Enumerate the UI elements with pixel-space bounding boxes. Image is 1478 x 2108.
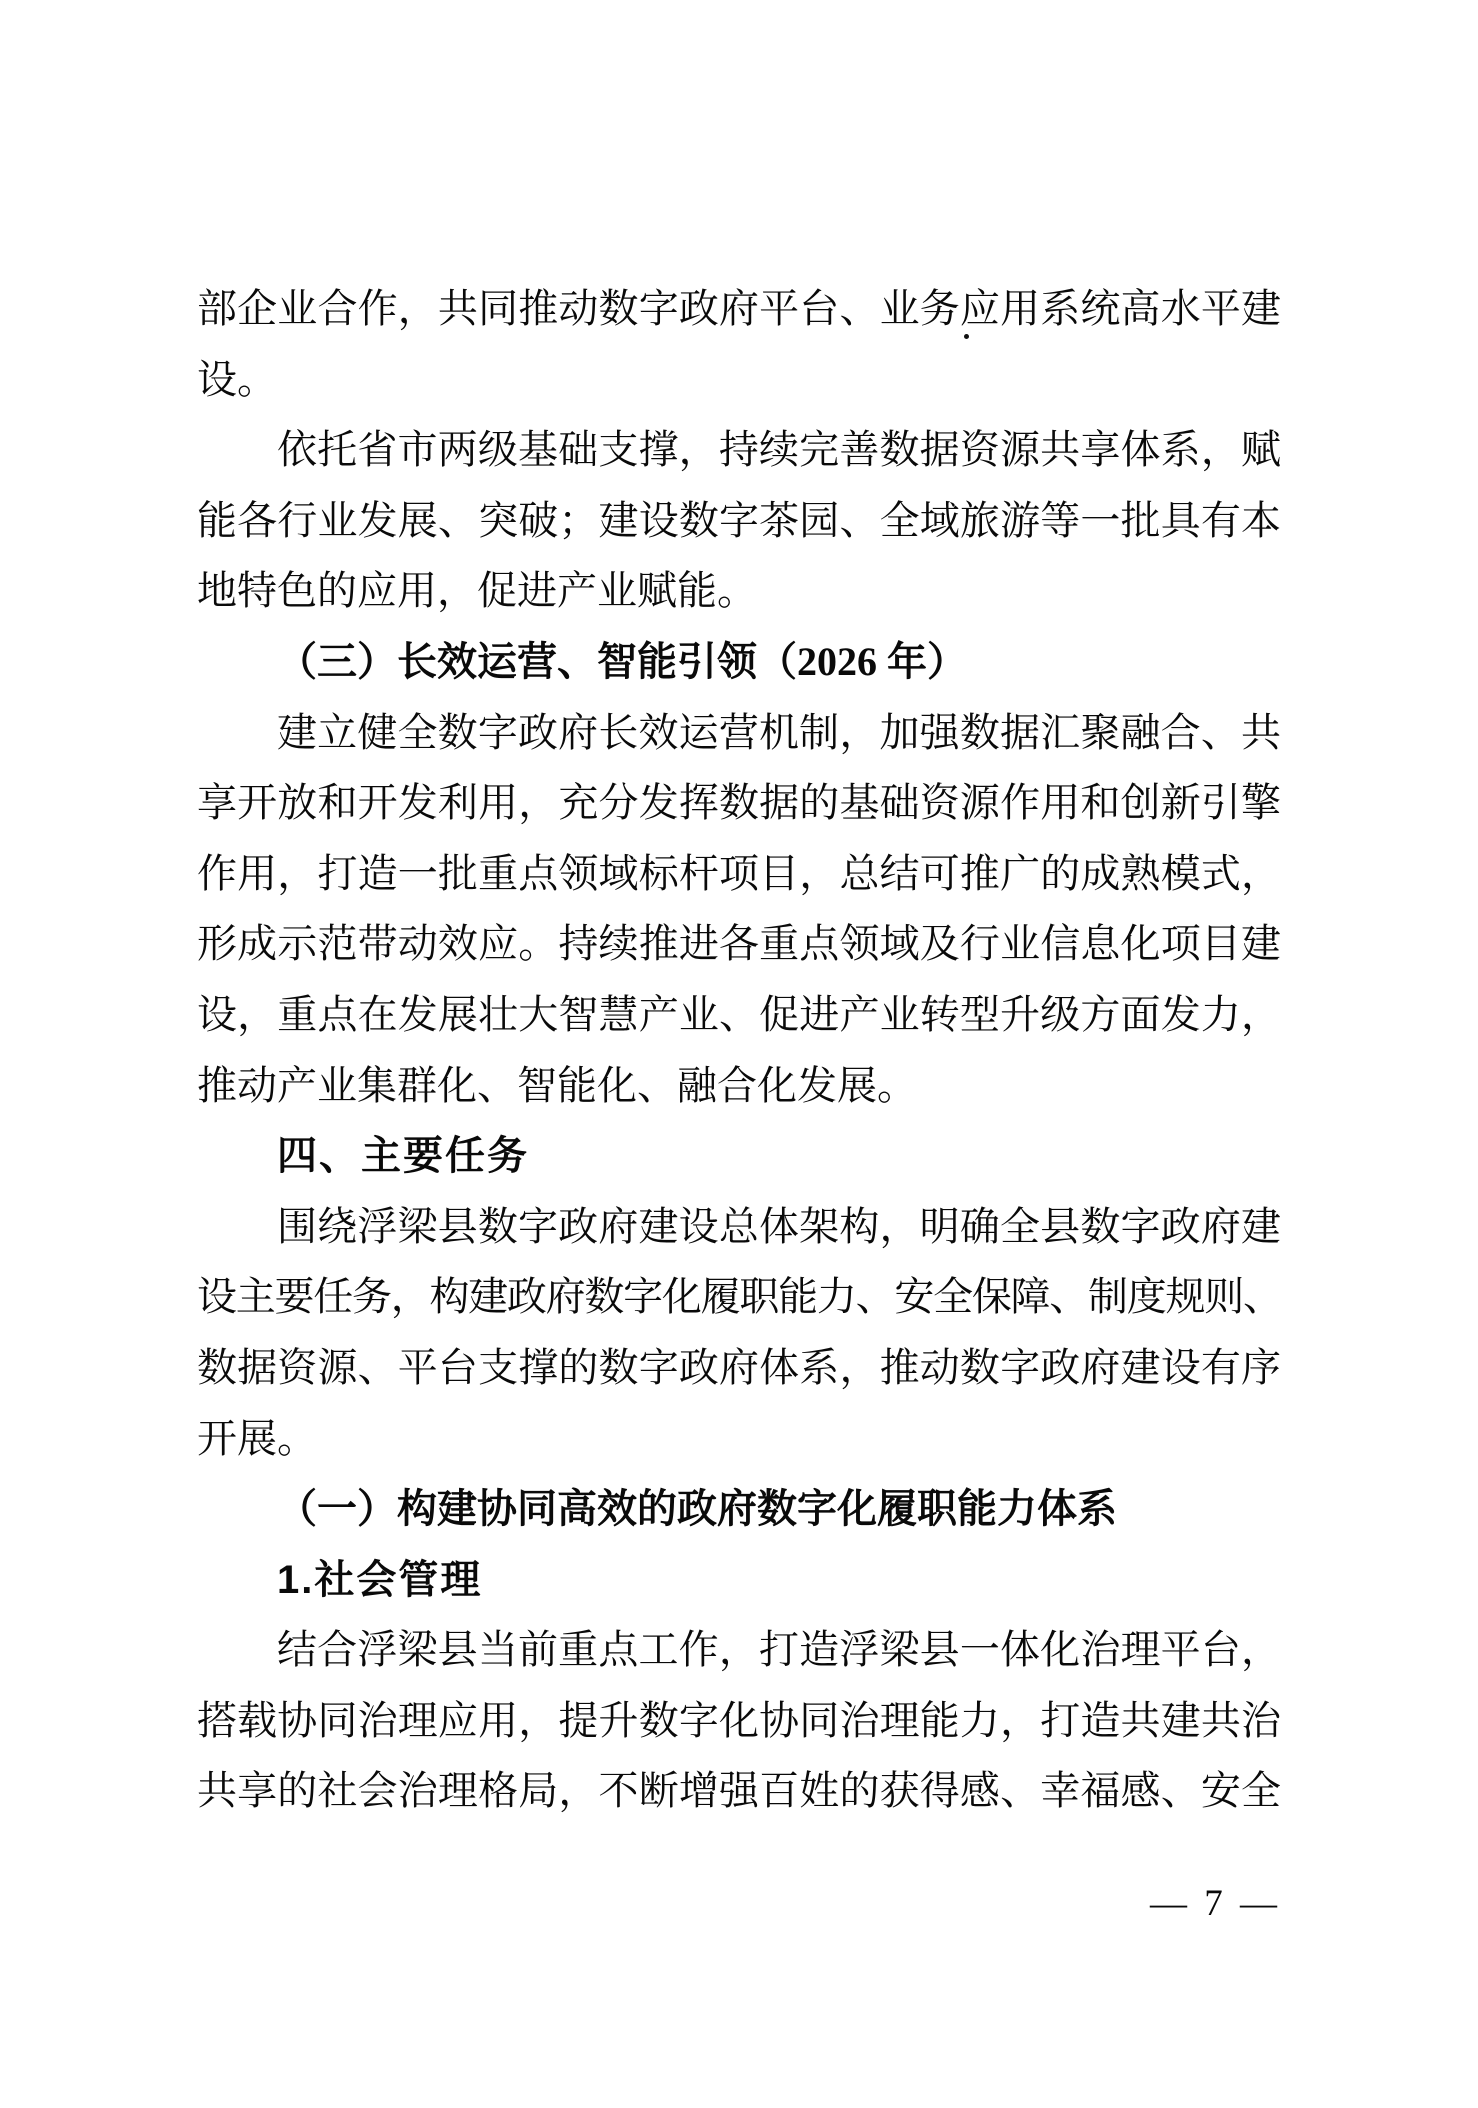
- heading-item-1-social-governance: 1.社会管理: [197, 1545, 1281, 1616]
- heading-subsection-1: （一）构建协同高效的政府数字化履职能力体系: [197, 1474, 1281, 1545]
- body-line: 开展。: [197, 1404, 1281, 1475]
- document-page: 部企业合作，共同推动数字政府平台、业务应用系统高水平建 设。 依托省市两级基础支…: [0, 0, 1478, 2108]
- body-line: 设，重点在发展壮大智慧产业、促进产业转型升级方面发力，: [197, 980, 1281, 1051]
- page-number: — 7 —: [1150, 1882, 1281, 1925]
- body-line: 搭载协同治理应用，提升数字化协同治理能力，打造共建共治: [197, 1686, 1281, 1757]
- body-line: 设。: [197, 345, 1281, 416]
- body-line: 依托省市两级基础支撑，持续完善数据资源共享体系，赋: [197, 415, 1281, 486]
- body-line: 地特色的应用，促进产业赋能。: [197, 556, 1281, 627]
- text-block: 部企业合作，共同推动数字政府平台、业务应用系统高水平建 设。 依托省市两级基础支…: [197, 274, 1281, 1827]
- body-line: 部企业合作，共同推动数字政府平台、业务应用系统高水平建: [197, 274, 1281, 345]
- heading-main-tasks: 四、主要任务: [197, 1121, 1281, 1192]
- body-line: 能各行业发展、突破；建设数字茶园、全域旅游等一批具有本: [197, 486, 1281, 557]
- body-line: 数据资源、平台支撑的数字政府体系，推动数字政府建设有序: [197, 1333, 1281, 1404]
- heading-section-3: （三）长效运营、智能引领（2026 年）: [197, 627, 1281, 698]
- body-line: 结合浮梁县当前重点工作，打造浮梁县一体化治理平台，: [197, 1615, 1281, 1686]
- body-line: 共享的社会治理格局，不断增强百姓的获得感、幸福感、安全: [197, 1756, 1281, 1827]
- body-line: 作用，打造一批重点领域标杆项目，总结可推广的成熟模式，: [197, 839, 1281, 910]
- body-line: 建立健全数字政府长效运营机制，加强数据汇聚融合、共: [197, 698, 1281, 769]
- body-line: 形成示范带动效应。持续推进各重点领域及行业信息化项目建: [197, 909, 1281, 980]
- body-line: 推动产业集群化、智能化、融合化发展。: [197, 1051, 1281, 1122]
- body-line: 设主要任务，构建政府数字化履职能力、安全保障、制度规则、: [197, 1262, 1281, 1333]
- body-line: 享开放和开发利用，充分发挥数据的基础资源作用和创新引擎: [197, 768, 1281, 839]
- body-line: 围绕浮梁县数字政府建设总体架构，明确全县数字政府建: [197, 1192, 1281, 1263]
